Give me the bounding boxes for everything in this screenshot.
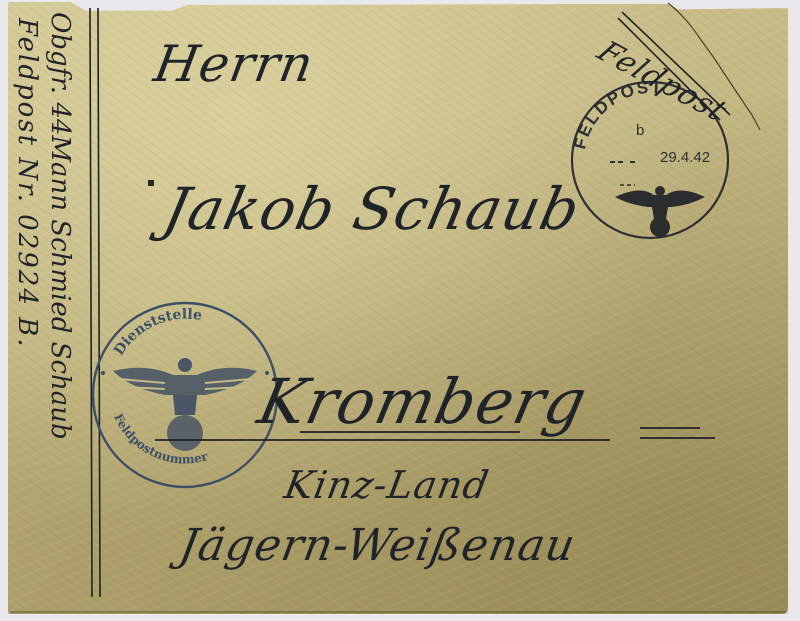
salutation: Herrn [150,35,318,93]
postmark-date: 29.4.42 [660,149,710,166]
district: Jägern-Weißenau [176,520,580,571]
sender-line-2: Feldpost Nr. 02924 B. [12,18,42,349]
postmark-letter: b [636,122,644,139]
sender-line-1: Obgfr. 44Mann Schmied Schaub [45,12,75,440]
region: Kinz-Land [281,463,492,507]
office-stamp-bottom-text: Feldpostnummer [111,411,210,466]
office-stamp-top-text: Dienststelle [111,307,203,359]
recipient-name: Jakob Schaub [158,175,587,243]
city: Kromberg [252,365,593,438]
